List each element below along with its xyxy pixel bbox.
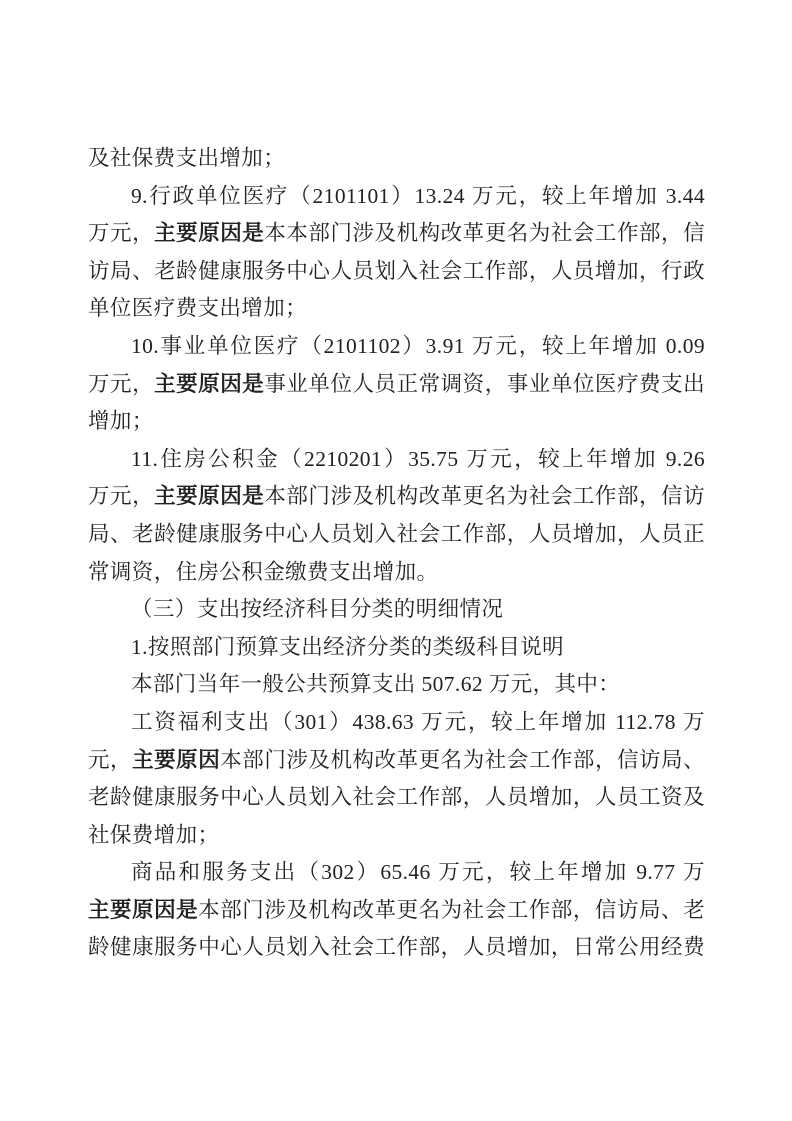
body-text: 万元，	[88, 372, 154, 396]
body-text: 本部门涉及机构改革更名为社会工作部，信访局、老	[198, 898, 705, 922]
body-text: 常调资，住房公积金缴费支出增加。	[88, 560, 438, 584]
text-line: 工资福利支出（301）438.63 万元，较上年增加 112.78 万	[88, 704, 705, 742]
text-line: 及社保费支出增加；	[88, 140, 705, 178]
text-line: 元，主要原因本部门涉及机构改革更名为社会工作部，信访局、	[88, 742, 705, 780]
document-body: 及社保费支出增加；9.行政单位医疗（2101101）13.24 万元，较上年增加…	[88, 140, 705, 967]
body-text: 元，	[88, 748, 132, 772]
body-text: 单位医疗费支出增加；	[88, 296, 307, 320]
text-line: （三）支出按经济科目分类的明细情况	[88, 591, 705, 629]
body-text: 老龄健康服务中心人员划入社会工作部，人员增加，人员工资及	[88, 785, 705, 809]
text-line: 商品和服务支出（302）65.46 万元，较上年增加 9.77 万元，	[88, 854, 705, 892]
body-text: 增加；	[88, 409, 154, 433]
body-text: 1.按照部门预算支出经济分类的类级科目说明	[131, 635, 564, 659]
emphasis-text: 主要原因是	[154, 484, 264, 508]
document-page: 及社保费支出增加；9.行政单位医疗（2101101）13.24 万元，较上年增加…	[0, 0, 792, 1121]
body-text: 11.住房公积金（2210201）35.75 万元，较上年增加 9.26	[131, 447, 705, 471]
body-text: 本部门涉及机构改革更名为社会工作部，信访	[264, 484, 705, 508]
text-line: 1.按照部门预算支出经济分类的类级科目说明	[88, 629, 705, 667]
body-text: 事业单位人员正常调资，事业单位医疗费支出	[264, 372, 705, 396]
text-line: 常调资，住房公积金缴费支出增加。	[88, 554, 705, 592]
text-line: 本部门当年一般公共预算支出 507.62 万元，其中：	[88, 666, 705, 704]
body-text: 本部门当年一般公共预算支出 507.62 万元，其中：	[131, 672, 620, 696]
body-text: 9.行政单位医疗（2101101）13.24 万元，较上年增加 3.44	[131, 184, 705, 208]
text-line: 单位医疗费支出增加；	[88, 290, 705, 328]
text-line: 龄健康服务中心人员划入社会工作部，人员增加，日常公用经费	[88, 929, 705, 967]
text-line: 主要原因是本部门涉及机构改革更名为社会工作部，信访局、老	[88, 892, 705, 930]
body-text: 本部门涉及机构改革更名为社会工作部，信访局、	[220, 748, 705, 772]
emphasis-text: 主要原因	[132, 748, 220, 772]
body-text: 本本部门涉及机构改革更名为社会工作部，信	[264, 221, 705, 245]
body-text: 龄健康服务中心人员划入社会工作部，人员增加，日常公用经费	[88, 935, 705, 959]
emphasis-text: 主要原因是	[88, 898, 198, 922]
text-line: 访局、老龄健康服务中心人员划入社会工作部，人员增加，行政	[88, 253, 705, 291]
text-line: 11.住房公积金（2210201）35.75 万元，较上年增加 9.26	[88, 441, 705, 479]
text-line: 万元，主要原因是事业单位人员正常调资，事业单位医疗费支出	[88, 366, 705, 404]
text-line: 社保费增加；	[88, 817, 705, 855]
body-text: 访局、老龄健康服务中心人员划入社会工作部，人员增加，行政	[88, 259, 705, 283]
body-text: 社保费增加；	[88, 823, 219, 847]
body-text: （三）支出按经济科目分类的明细情况	[131, 597, 503, 621]
text-line: 9.行政单位医疗（2101101）13.24 万元，较上年增加 3.44	[88, 178, 705, 216]
text-line: 万元，主要原因是本本部门涉及机构改革更名为社会工作部，信	[88, 215, 705, 253]
text-line: 增加；	[88, 403, 705, 441]
body-text: 工资福利支出（301）438.63 万元，较上年增加 112.78 万	[131, 710, 705, 734]
body-text: 及社保费支出增加；	[88, 146, 285, 170]
emphasis-text: 主要原因是	[154, 372, 264, 396]
text-line: 万元，主要原因是本部门涉及机构改革更名为社会工作部，信访	[88, 478, 705, 516]
body-text: 万元，	[88, 221, 154, 245]
emphasis-text: 主要原因是	[154, 221, 264, 245]
body-text: 商品和服务支出（302）65.46 万元，较上年增加 9.77 万元，	[88, 860, 705, 892]
body-text: 10.事业单位医疗（2101102）3.91 万元，较上年增加 0.09	[131, 334, 705, 358]
body-text: 局、老龄健康服务中心人员划入社会工作部，人员增加，人员正	[88, 522, 705, 546]
text-line: 局、老龄健康服务中心人员划入社会工作部，人员增加，人员正	[88, 516, 705, 554]
body-text: 万元，	[88, 484, 154, 508]
text-line: 老龄健康服务中心人员划入社会工作部，人员增加，人员工资及	[88, 779, 705, 817]
text-line: 10.事业单位医疗（2101102）3.91 万元，较上年增加 0.09	[88, 328, 705, 366]
